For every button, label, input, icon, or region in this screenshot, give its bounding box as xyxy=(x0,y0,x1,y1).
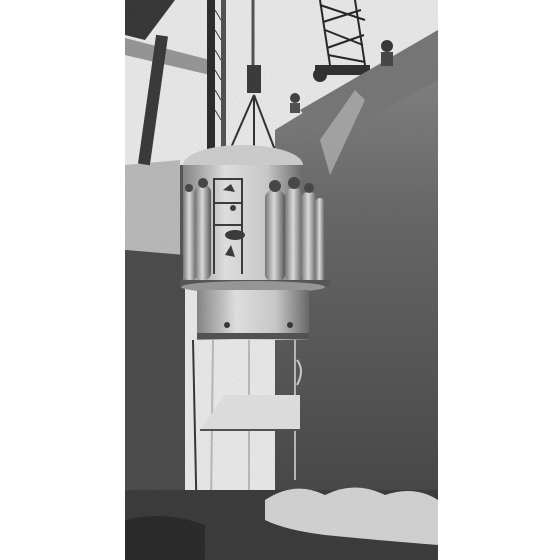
crane-mast xyxy=(207,0,215,160)
photograph xyxy=(125,0,438,560)
photo-scene xyxy=(125,0,438,560)
worker xyxy=(381,40,393,52)
hoist-hook xyxy=(247,65,261,93)
diving-bell-skirt xyxy=(197,290,309,340)
gas-cylinders-left xyxy=(183,178,211,280)
worker xyxy=(290,93,300,103)
